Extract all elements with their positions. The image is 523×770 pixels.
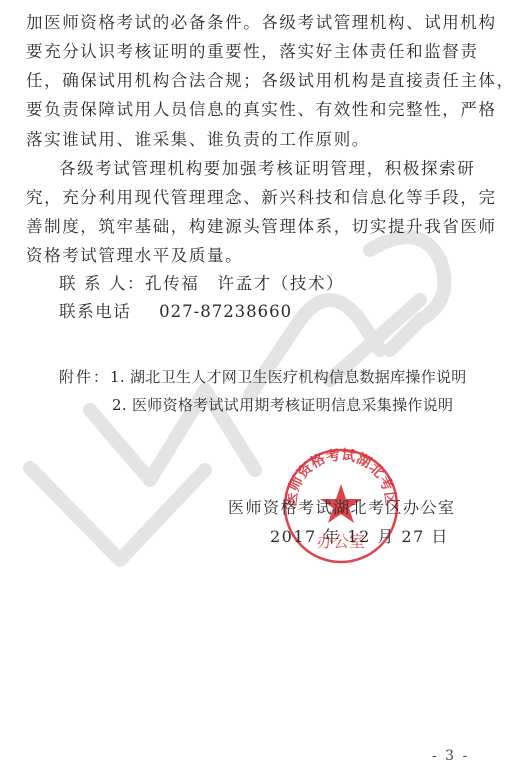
body-text-line: 各级考试管理机构要加强考核证明管理，积极探索研 (59, 159, 523, 179)
body-text-line: 资格考试管理水平及质量。 (26, 246, 496, 266)
body-text-line: 落实谁试用、谁采集、谁负责的工作原则。 (26, 130, 496, 150)
contact-phone-number: 027-87238660 (159, 302, 292, 321)
document-page: 加医师资格考试的必备条件。各级考试管理机构、试用机构 要充分认识考核证明的重要性… (0, 0, 523, 770)
attachment-item: 2. 医师资格考试试用期考核证明信息采集操作说明 (112, 396, 453, 414)
body-text-line: 究，充分利用现代管理理念、新兴科技和信息化等手段，完 (26, 188, 496, 208)
contact-person-label: 联 系 人： (59, 274, 145, 293)
body-text-line: 善制度，筑牢基础，构建源头管理体系，切实提升我省医师 (26, 217, 496, 237)
page-number: - 3 - (432, 748, 469, 764)
attachment-row-2: 2. 医师资格考试试用期考核证明信息采集操作说明 (112, 395, 523, 415)
body-text-line: 要负责保障试用人员信息的真实性、有效性和完整性，严格 (26, 100, 496, 120)
contact-phone-label: 联系电话 (59, 302, 131, 321)
body-text-line: 加医师资格考试的必备条件。各级考试管理机构、试用机构 (26, 13, 496, 33)
signoff-office: 医师资格考试湖北考区办公室 (228, 495, 456, 518)
contact-person-row: 联 系 人：孔传福 许孟才（技术） (59, 274, 523, 294)
body-text-line: 任，确保试用机构合法合规；各级试用机构是直接责任主体， (26, 71, 496, 91)
attachment-row-1: 附件：1. 湖北卫生人才网卫生医疗机构信息数据库操作说明 (59, 367, 523, 387)
attachment-item: 1. 湖北卫生人才网卫生医疗机构信息数据库操作说明 (110, 368, 467, 386)
body-text-line: 要充分认识考核证明的重要性，落实好主体责任和监督责 (26, 42, 496, 62)
attachments-label: 附件： (59, 368, 110, 386)
contact-person-names: 孔传福 许孟才（技术） (145, 274, 344, 293)
contact-phone-row: 联系电话 027-87238660 (59, 302, 523, 322)
signoff-date: 2017 年 12 月 27 日 (270, 524, 449, 547)
